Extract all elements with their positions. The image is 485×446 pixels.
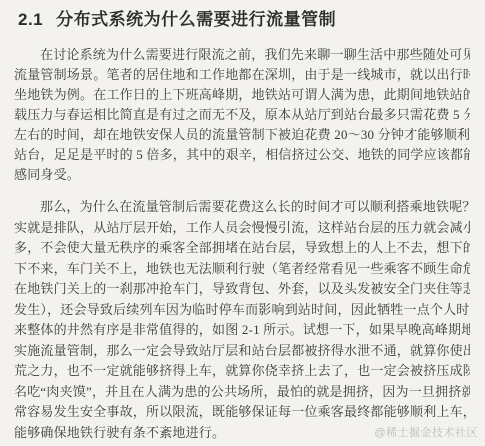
text-line: 感同身受。 bbox=[14, 165, 470, 185]
text-line: 来整体的井然有序是非常值得的，如图 2-1 所示。试想一下，如果早晚高峰期地铁不 bbox=[14, 320, 470, 341]
section-number: 2.1 bbox=[18, 10, 43, 29]
section-heading: 2.1分布式系统为什么需要进行流量管制 bbox=[18, 8, 470, 32]
text-line: 站台，足足是平时的 5 倍多，其中的艰辛，相信挤过公交、地铁的同学应该都能够 bbox=[14, 145, 470, 165]
text-line: 发生），还会导致后续列车因为临时停车而影响到站时间，因此牺牲一点个人时间换 bbox=[14, 300, 470, 321]
text-line: 载压力与春运相比简直是有过之而无不及，原本从站厅到站台最多只需花费 5 分钟 bbox=[14, 105, 470, 125]
paragraph-2: 那么，为什么在流量管制后需要花费这么长的时间才可以顺利搭乘地铁呢？其 实就是排队… bbox=[14, 197, 470, 443]
text-line: 流量管制场景。笔者的居住地和工作地都在深圳，由于是一线城市，就以出行时乘 bbox=[14, 65, 470, 85]
text-line: 在讨论系统为什么需要进行限流之前，我们先来聊一聊生活中那些随处可见的 bbox=[14, 45, 470, 65]
text-line: 荒之力，也不一定就能够挤得上车，就算你侥幸挤上去了，也一定会被挤压成陕西 bbox=[14, 361, 470, 382]
text-line: 实就是排队，从站厅层开始，工作人员会慢慢引流，这样站台层的压力就会减小很 bbox=[14, 218, 470, 239]
section-title: 分布式系统为什么需要进行流量管制 bbox=[56, 10, 336, 29]
text-line: 那么，为什么在流量管制后需要花费这么长的时间才可以顺利搭乘地铁呢？其 bbox=[14, 197, 470, 218]
juejin-watermark: @稀土掘金技术社区 bbox=[374, 424, 478, 440]
book-page: 2.1分布式系统为什么需要进行流量管制 在讨论系统为什么需要进行限流之前，我们先… bbox=[0, 0, 485, 446]
text-line: 左右的时间，却在地铁安保人员的流量管制下被迫花费 20～30 分钟才能够顺利进入 bbox=[14, 125, 470, 145]
text-line: 常容易发生安全事故，所以限流，既能够保证每一位乘客最终都能够顺利上车，又 bbox=[14, 402, 470, 423]
text-line: 实施流量管制，那么一定会导致站厅层和站台层都被挤得水泄不通，就算你使出洪 bbox=[14, 341, 470, 362]
text-line: 名吃“肉夹馍”，并且在人满为患的公共场所，最怕的就是拥挤，因为一旦拥挤就非 bbox=[14, 382, 470, 403]
text-line: 多，不会使大量无秩序的乘客全部拥堵在站台层，导致想上的人上不去，想下的人 bbox=[14, 238, 470, 259]
text-line: 坐地铁为例。在工作日的上下班高峰期，地铁站可谓人满为患，此期间地铁站的负 bbox=[14, 85, 470, 105]
text-line: 下不来，车门关不上，地铁也无法顺利行驶（笔者经常看见一些乘客不顾生命危险 bbox=[14, 259, 470, 280]
text-line: 在地铁门关上的一刹那冲抢车门，导致背包、外套，以及头发被安全门夹住等悲剧 bbox=[14, 279, 470, 300]
paragraph-1: 在讨论系统为什么需要进行限流之前，我们先来聊一聊生活中那些随处可见的 流量管制场… bbox=[14, 45, 470, 185]
